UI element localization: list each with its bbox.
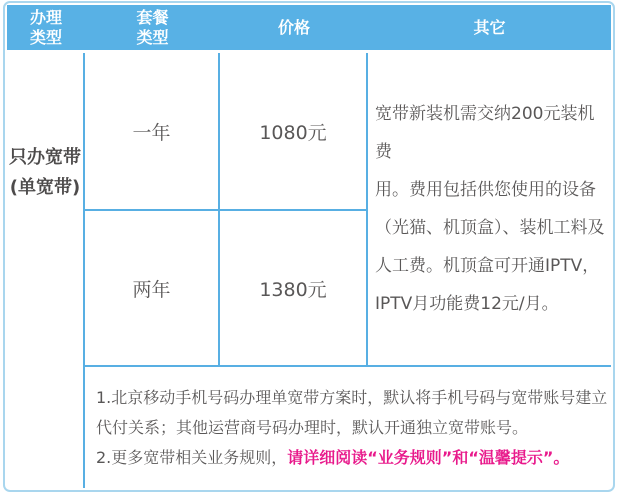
cell-price-one-year: 1080元: [220, 53, 368, 211]
note-2-prefix: 2.更多宽带相关业务规则，: [96, 448, 287, 467]
cell-notes: 1.北京移动手机号码办理单宽带方案时，默认将手机号码与宽带账号建立 代付关系；其…: [85, 367, 611, 488]
broadband-pricing-page: 办理 类型 套餐 类型 价格 其它 只办宽带 (单宽带) 一年 1080元 两年…: [0, 0, 621, 500]
other-info-text: 宽带新装机需交纳200元装机费 用。费用包括供您使用的设备 （光猫、机顶盒）、装…: [375, 95, 611, 323]
note-2: 2.更多宽带相关业务规则，请详细阅读“业务规则”和“温馨提示”。: [96, 443, 609, 473]
header-cell-other: 其它: [368, 5, 611, 50]
table-body: 只办宽带 (单宽带) 一年 1080元 两年 1380元 宽带新装机需交纳200…: [7, 53, 611, 488]
cell-term-two-year: 两年: [85, 211, 220, 367]
header-cell-plan-type: 套餐 类型: [85, 5, 220, 50]
cell-price-two-year: 1380元: [220, 211, 368, 367]
cell-category: 只办宽带 (单宽带): [7, 53, 85, 488]
header-cell-price: 价格: [220, 5, 368, 50]
header-cell-apply-type: 办理 类型: [7, 5, 85, 50]
pricing-table: 办理 类型 套餐 类型 价格 其它 只办宽带 (单宽带) 一年 1080元 两年…: [3, 1, 615, 492]
note-2-highlight: 请详细阅读“业务规则”和“温馨提示”。: [287, 448, 569, 467]
cell-other-info: 宽带新装机需交纳200元装机费 用。费用包括供您使用的设备 （光猫、机顶盒）、装…: [368, 53, 611, 367]
cell-term-one-year: 一年: [85, 53, 220, 211]
note-1: 1.北京移动手机号码办理单宽带方案时，默认将手机号码与宽带账号建立 代付关系；其…: [96, 383, 609, 443]
table-header-row: 办理 类型 套餐 类型 价格 其它: [7, 5, 611, 50]
